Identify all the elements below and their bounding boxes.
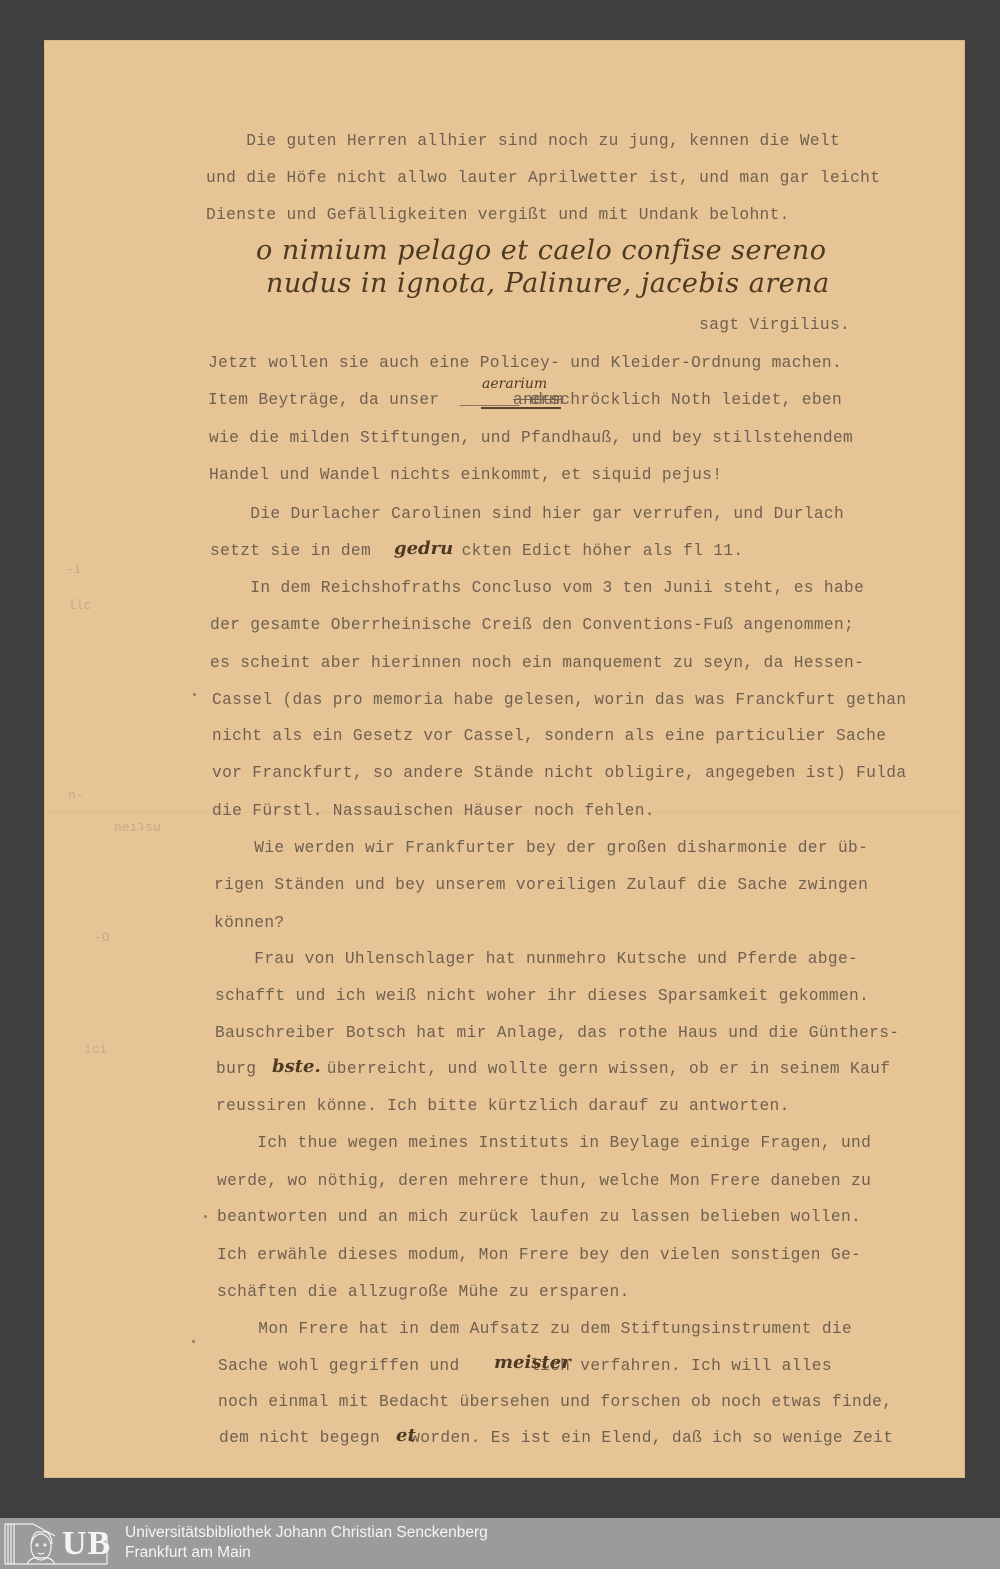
text-line: Ich thue wegen meines Instituts in Beyla… — [217, 1134, 871, 1152]
text-line: Bauschreiber Botsch hat mir Anlage, das … — [215, 1024, 899, 1042]
handwritten-quote-line-1: o nimium pelago et caelo confise sereno — [256, 235, 827, 266]
handwritten-quote-line-2: nudus in ignota, Palinure, jacebis arena — [266, 268, 830, 299]
show-through-mark: n- — [68, 788, 84, 803]
text-line: dem nicht begegn worden. Es ist ein Elen… — [219, 1429, 893, 1447]
ink-spot — [204, 1215, 207, 1218]
text-line: und die Höfe nicht allwo lauter Aprilwet… — [206, 169, 880, 187]
text-line: können? — [214, 914, 284, 932]
strike-line — [481, 407, 561, 409]
text-line: Frau von Uhlenschlager hat nunmehro Kuts… — [214, 950, 858, 968]
text-line: der gesamte Oberrheinische Creiß den Con… — [210, 616, 854, 634]
show-through-mark: -i — [66, 562, 82, 577]
text-line: beantworten und an mich zurück laufen zu… — [217, 1208, 861, 1226]
text-line: es scheint aber hierinnen noch ein manqu… — [210, 654, 864, 672]
institution-city: Frankfurt am Main — [125, 1544, 251, 1562]
text-line: Cassel (das pro memoria habe gelesen, wo… — [212, 691, 906, 709]
show-through-mark: ici — [84, 1042, 107, 1057]
text-line: schäften die allzugroße Mühe zu ersparen… — [217, 1283, 630, 1301]
text-line: schafft und ich weiß nicht woher ihr die… — [215, 987, 869, 1005]
text-line: Mon Frere hat in dem Aufsatz zu dem Stif… — [218, 1320, 852, 1338]
handwritten-insert-et: et — [396, 1425, 416, 1446]
text-line: Die guten Herren allhier sind noch zu ju… — [206, 132, 840, 150]
handwritten-insert-gedru: gedru — [394, 538, 453, 559]
handwritten-insert-meister: meister — [494, 1352, 571, 1373]
text-line: die Fürstl. Nassauischen Häuser noch feh… — [212, 802, 655, 820]
handwritten-correction-aerarium: aerarium — [482, 376, 547, 392]
ub-logo: UB — [3, 1522, 111, 1566]
ink-spot — [192, 1340, 195, 1343]
text-line: Wie werden wir Frankfurter bey der große… — [214, 839, 868, 857]
text-line: Die Durlacher Carolinen sind hier gar ve… — [210, 505, 844, 523]
text-line: wie die milden Stiftungen, und Pfandhauß… — [209, 429, 853, 447]
show-through-mark: neiʇsu — [114, 820, 161, 835]
text-line: In dem Reichshofraths Concluso vom 3 ten… — [210, 579, 864, 597]
text-line: noch einmal mit Bedacht übersehen und fo… — [218, 1393, 892, 1411]
show-through-mark: llc — [68, 598, 91, 613]
text-line: Jetzt wollen sie auch eine Policey- und … — [208, 354, 842, 372]
text-line: vor Franckfurt, so andere Stände nicht o… — [212, 764, 906, 782]
text-line: nicht als ein Gesetz vor Cassel, sondern… — [212, 727, 886, 745]
show-through-mark: -O — [94, 930, 110, 945]
text-line-attribution: sagt Virgilius. — [206, 316, 850, 334]
library-footer-bar: UB Universitätsbibliothek Johann Christi… — [0, 1518, 1000, 1569]
text-line: werde, wo nöthig, deren mehrere thun, we… — [217, 1172, 871, 1190]
document-page: -i llc n- neiʇsu ici -O Die guten Herren… — [44, 40, 965, 1478]
text-line: reussiren könne. Ich bitte kürtzlich dar… — [216, 1097, 790, 1115]
logo-letters: UB — [62, 1525, 111, 1563]
text-line: Handel und Wandel nichts einkommt, et si… — [209, 466, 722, 484]
text-line: Ich erwähle dieses modum, Mon Frere bey … — [217, 1246, 861, 1264]
text-line: rigen Ständen und bey unserem voreiligen… — [214, 876, 868, 894]
text-line: setzt sie in dem ckten Edict höher als f… — [210, 542, 743, 560]
text-line: Dienste und Gefälligkeiten vergißt und m… — [206, 206, 790, 224]
institution-name: Universitätsbibliothek Johann Christian … — [125, 1524, 488, 1542]
ink-spot — [193, 693, 196, 696]
handwritten-insert-beste: bste. — [272, 1056, 321, 1077]
